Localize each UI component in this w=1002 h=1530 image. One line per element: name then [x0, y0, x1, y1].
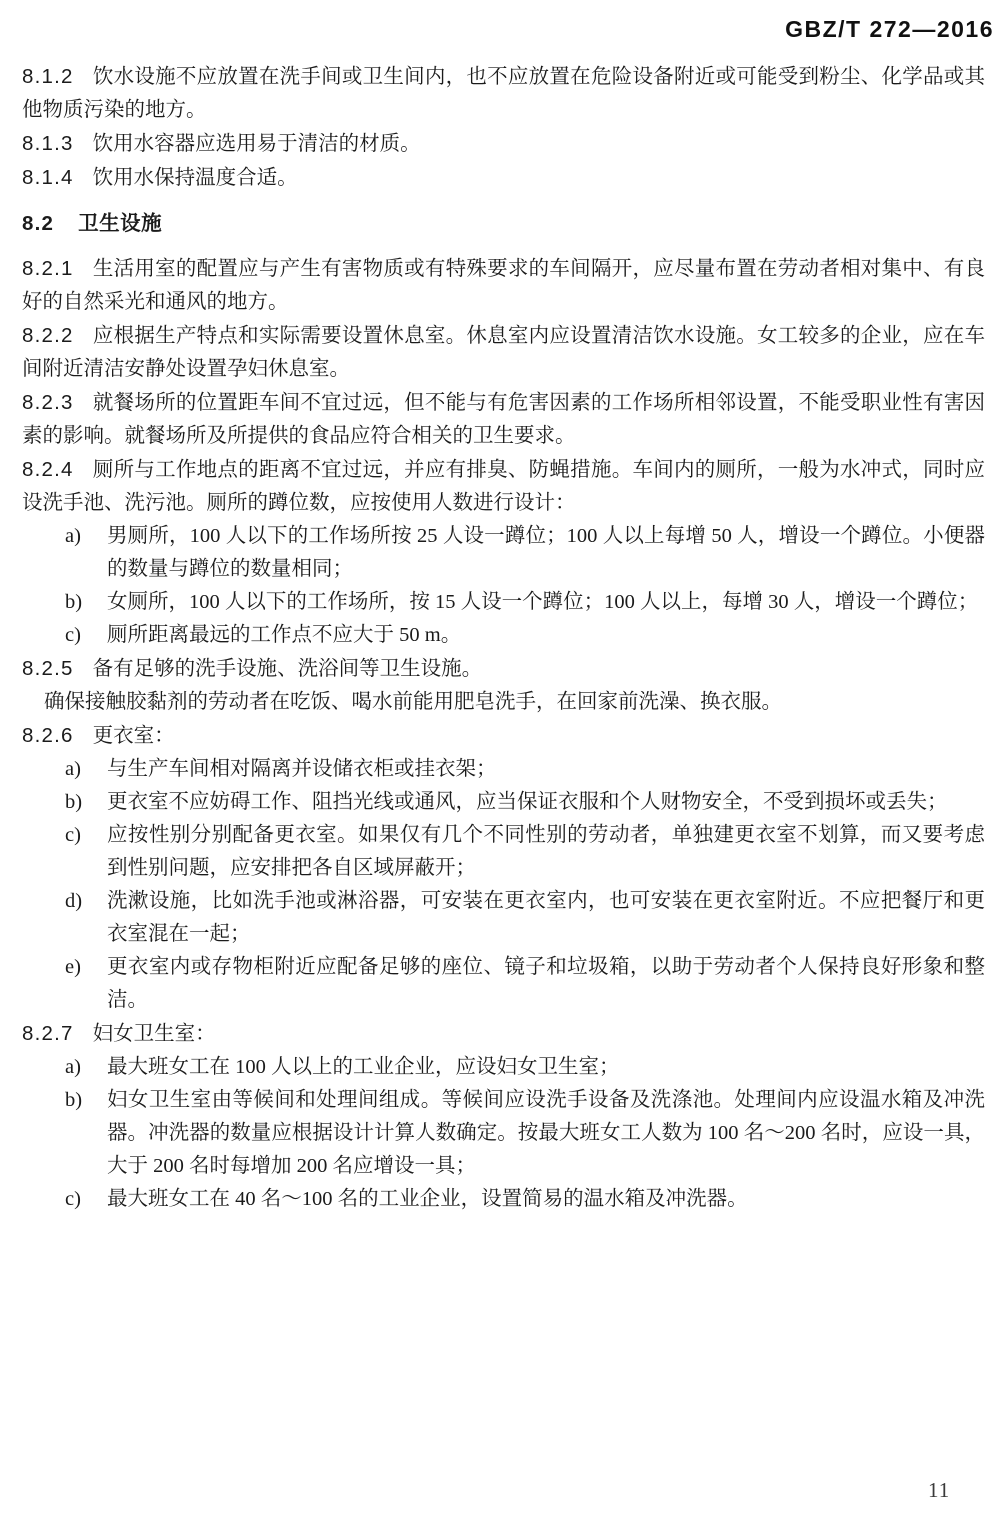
list-letter: b) — [65, 786, 107, 819]
list-text: 厕所距离最远的工作点不应大于 50 m。 — [107, 619, 985, 652]
list-item-b: b)妇女卫生室由等候间和处理间组成。等候间应设洗手设备及洗涤池。处理间内应设温水… — [22, 1084, 985, 1183]
list-text: 妇女卫生室由等候间和处理间组成。等候间应设洗手设备及洗涤池。处理间内应设温水箱及… — [107, 1084, 985, 1183]
list-letter: c) — [65, 1183, 107, 1216]
clause-8.2.5: 8.2.5备有足够的洗手设施、洗浴间等卫生设施。 — [22, 652, 985, 686]
list-letter: e) — [65, 951, 107, 1017]
list-text: 男厕所，100 人以下的工作场所按 25 人设一蹲位；100 人以上每增 50 … — [107, 520, 985, 586]
section-number: 8.2 — [22, 212, 54, 235]
list-letter: a) — [65, 520, 107, 586]
clause-text: 生活用室的配置应与产生有害物质或有特殊要求的车间隔开，应尽量布置在劳动者相对集中… — [22, 258, 985, 313]
clause-number: 8.2.5 — [22, 657, 74, 680]
clause-8.1.3: 8.1.3饮用水容器应选用易于清洁的材质。 — [22, 127, 985, 161]
list-text: 洗漱设施，比如洗手池或淋浴器，可安装在更衣室内，也可安装在更衣室附近。不应把餐厅… — [107, 885, 985, 951]
list-letter: d) — [65, 885, 107, 951]
standard-number-header: GBZ/T 272—2016 — [0, 16, 994, 43]
clause-text: 应根据生产特点和实际需要设置休息室。休息室内应设置清洁饮水设施。女工较多的企业，… — [22, 325, 985, 380]
clause-8.2.4: 8.2.4厕所与工作地点的距离不宜过远，并应有排臭、防蝇措施。车间内的厕所，一般… — [22, 453, 985, 520]
clause-8.2.7: 8.2.7妇女卫生室： — [22, 1017, 985, 1051]
document-page: GBZ/T 272—2016 8.1.2饮水设施不应放置在洗手间或卫生间内，也不… — [0, 0, 1002, 1530]
list-text: 更衣室内或存物柜附近应配备足够的座位、镜子和垃圾箱，以助于劳动者个人保持良好形象… — [107, 951, 985, 1017]
clause-8.1.4: 8.1.4饮用水保持温度合适。 — [22, 161, 985, 195]
list-text: 女厕所，100 人以下的工作场所，按 15 人设一个蹲位；100 人以上，每增 … — [107, 586, 985, 619]
clause-text: 饮用水容器应选用易于清洁的材质。 — [93, 133, 421, 155]
list-item-a: a)最大班女工在 100 人以上的工业企业，应设妇女卫生室； — [22, 1051, 985, 1084]
clause-number: 8.2.1 — [22, 257, 74, 280]
clause-number: 8.2.7 — [22, 1022, 74, 1045]
clause-8.2.2: 8.2.2应根据生产特点和实际需要设置休息室。休息室内应设置清洁饮水设施。女工较… — [22, 319, 985, 386]
list-letter: b) — [65, 1084, 107, 1183]
clause-8.2.1: 8.2.1生活用室的配置应与产生有害物质或有特殊要求的车间隔开，应尽量布置在劳动… — [22, 252, 985, 319]
list-item-b: b)更衣室不应妨碍工作、阻挡光线或通风，应当保证衣服和个人财物安全，不受到损坏或… — [22, 786, 985, 819]
note-paragraph: 确保接触胶黏剂的劳动者在吃饭、喝水前能用肥皂洗手，在回家前洗澡、换衣服。 — [22, 686, 985, 719]
clause-text: 妇女卫生室： — [93, 1023, 216, 1045]
list-letter: a) — [65, 753, 107, 786]
list-item-a: a)与生产车间相对隔离并设储衣柜或挂衣架； — [22, 753, 985, 786]
clause-text: 饮用水保持温度合适。 — [93, 167, 298, 189]
list-item-b: b)女厕所，100 人以下的工作场所，按 15 人设一个蹲位；100 人以上，每… — [22, 586, 985, 619]
clause-text: 就餐场所的位置距车间不宜过远，但不能与有危害因素的工作场所相邻设置，不能受职业性… — [22, 392, 985, 447]
clause-number: 8.1.4 — [22, 166, 74, 189]
clause-number: 8.2.6 — [22, 724, 74, 747]
list-text: 最大班女工在 40 名～100 名的工业企业，设置简易的温水箱及冲洗器。 — [107, 1183, 985, 1216]
clause-number: 8.2.2 — [22, 324, 74, 347]
clause-text: 厕所与工作地点的距离不宜过远，并应有排臭、防蝇措施。车间内的厕所，一般为水冲式，… — [22, 459, 985, 514]
clause-8.2.3: 8.2.3就餐场所的位置距车间不宜过远，但不能与有危害因素的工作场所相邻设置，不… — [22, 386, 985, 453]
clause-number: 8.1.3 — [22, 132, 74, 155]
list-letter: c) — [65, 819, 107, 885]
list-letter: a) — [65, 1051, 107, 1084]
list-text: 更衣室不应妨碍工作、阻挡光线或通风，应当保证衣服和个人财物安全，不受到损坏或丢失… — [107, 786, 985, 819]
section-title: 卫生设施 — [78, 212, 162, 235]
list-item-c: c)应按性别分别配备更衣室。如果仅有几个不同性别的劳动者，单独建更衣室不划算，而… — [22, 819, 985, 885]
list-item-d: d)洗漱设施，比如洗手池或淋浴器，可安装在更衣室内，也可安装在更衣室附近。不应把… — [22, 885, 985, 951]
clause-8.1.2: 8.1.2饮水设施不应放置在洗手间或卫生间内，也不应放置在危险设备附近或可能受到… — [22, 60, 985, 127]
page-number: 11 — [928, 1478, 950, 1503]
list-letter: b) — [65, 586, 107, 619]
clause-number: 8.2.4 — [22, 458, 74, 481]
note-text: 确保接触胶黏剂的劳动者在吃饭、喝水前能用肥皂洗手，在回家前洗澡、换衣服。 — [44, 691, 782, 713]
list-letter: c) — [65, 619, 107, 652]
clause-text: 备有足够的洗手设施、洗浴间等卫生设施。 — [93, 658, 483, 680]
clause-number: 8.2.3 — [22, 391, 74, 414]
clause-number: 8.1.2 — [22, 65, 74, 88]
clause-text: 更衣室： — [93, 725, 175, 747]
list-item-a: a)男厕所，100 人以下的工作场所按 25 人设一蹲位；100 人以上每增 5… — [22, 520, 985, 586]
list-text: 最大班女工在 100 人以上的工业企业，应设妇女卫生室； — [107, 1051, 985, 1084]
list-item-c: c)最大班女工在 40 名～100 名的工业企业，设置简易的温水箱及冲洗器。 — [22, 1183, 985, 1216]
list-item-e: e)更衣室内或存物柜附近应配备足够的座位、镜子和垃圾箱，以助于劳动者个人保持良好… — [22, 951, 985, 1017]
section-heading-8.2: 8.2卫生设施 — [22, 207, 985, 240]
list-text: 与生产车间相对隔离并设储衣柜或挂衣架； — [107, 753, 985, 786]
list-text: 应按性别分别配备更衣室。如果仅有几个不同性别的劳动者，单独建更衣室不划算，而又要… — [107, 819, 985, 885]
list-item-c: c)厕所距离最远的工作点不应大于 50 m。 — [22, 619, 985, 652]
document-body: 8.1.2饮水设施不应放置在洗手间或卫生间内，也不应放置在危险设备附近或可能受到… — [22, 60, 985, 1216]
clause-8.2.6: 8.2.6更衣室： — [22, 719, 985, 753]
clause-text: 饮水设施不应放置在洗手间或卫生间内，也不应放置在危险设备附近或可能受到粉尘、化学… — [22, 66, 985, 121]
